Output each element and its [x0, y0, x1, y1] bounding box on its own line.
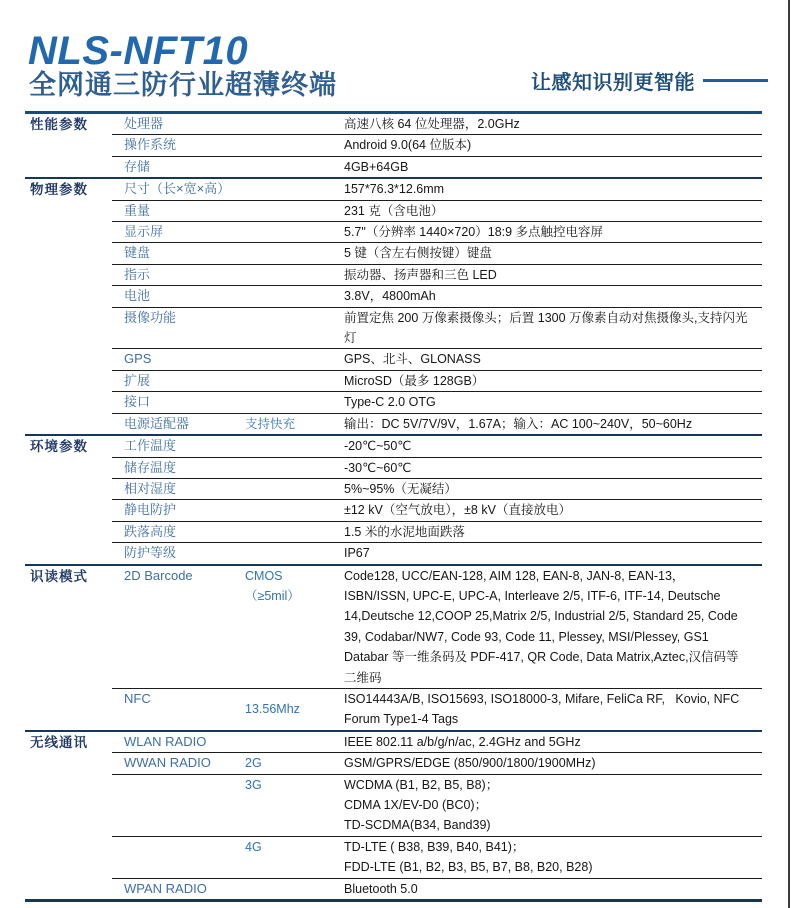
spec-table: 性能参数处理器高速八核 64 位处理器，2.0GHz操作系统Android 9.… — [25, 111, 762, 902]
row-sublabel: 3G — [245, 775, 344, 795]
row-label: 电池 — [112, 286, 245, 306]
row-value: 振动器、扬声器和三色 LED — [344, 265, 762, 285]
spec-row: NFC13.56MhzISO14443A/B, ISO15693, ISO180… — [112, 689, 762, 730]
row-value: 前置定焦 200 万像素摄像头；后置 1300 万像素自动对焦摄像头,支持闪光 … — [344, 308, 762, 349]
brand-tagline: 让感知识别更智能 — [531, 66, 768, 95]
row-label: 防护等级 — [112, 543, 245, 563]
row-label: 键盘 — [112, 243, 245, 263]
spec-row: 摄像功能前置定焦 200 万像素摄像头；后置 1300 万像素自动对焦摄像头,支… — [112, 308, 762, 350]
section-category-label: 识读模式 — [30, 567, 88, 587]
row-label: 静电防护 — [112, 500, 245, 520]
section-rows: 尺寸（长×宽×高）157*76.3*12.6mm重量231 克（含电池）显示屏5… — [112, 179, 762, 434]
row-sublabel: 2G — [245, 753, 344, 773]
spec-row: 2D BarcodeCMOS （≥5mil）Code128, UCC/EAN-1… — [112, 566, 762, 689]
row-label: 处理器 — [112, 114, 245, 134]
row-sublabel: 4G — [245, 837, 344, 857]
row-label: WPAN RADIO — [112, 879, 245, 899]
spec-section: 物理参数尺寸（长×宽×高）157*76.3*12.6mm重量231 克（含电池）… — [25, 177, 762, 434]
row-value: Type-C 2.0 OTG — [344, 392, 762, 412]
page-edge-line — [788, 0, 790, 908]
row-value: Code128, UCC/EAN-128, AIM 128, EAN-8, JA… — [344, 566, 762, 688]
row-value: -30℃~60℃ — [344, 458, 762, 478]
spec-row: 键盘5 键（含左右侧按键）键盘 — [112, 243, 762, 264]
section-rows: 处理器高速八核 64 位处理器，2.0GHz操作系统Android 9.0(64… — [112, 114, 762, 177]
row-value: 231 克（含电池） — [344, 201, 762, 221]
spec-row: 防护等级IP67 — [112, 543, 762, 563]
row-sublabel: CMOS （≥5mil） — [245, 566, 344, 607]
spec-row: 尺寸（长×宽×高）157*76.3*12.6mm — [112, 179, 762, 200]
spec-row: 静电防护±12 kV（空气放电），±8 kV（直接放电） — [112, 500, 762, 521]
row-sublabel: 支持快充 — [245, 414, 344, 434]
spec-row: 处理器高速八核 64 位处理器，2.0GHz — [112, 114, 762, 135]
row-sublabel: 13.56Mhz — [245, 699, 344, 719]
row-label: 工作温度 — [112, 436, 245, 456]
spec-row: GPSGPS、北斗、GLONASS — [112, 349, 762, 370]
row-value: Android 9.0(64 位版本) — [344, 135, 762, 155]
row-value: 3.8V，4800mAh — [344, 286, 762, 306]
spec-row: 电源适配器支持快充输出：DC 5V/7V/9V，1.67A；输入：AC 100~… — [112, 414, 762, 434]
row-value: ISO14443A/B, ISO15693, ISO18000-3, Mifar… — [344, 689, 762, 730]
brand-tagline-text: 让感知识别更智能 — [531, 66, 695, 95]
row-value: IEEE 802.11 a/b/g/n/ac, 2.4GHz and 5GHz — [344, 732, 762, 752]
row-value: TD-LTE ( B38, B39, B40, B41)； FDD-LTE (B… — [344, 837, 762, 878]
spec-row: 储存温度-30℃~60℃ — [112, 458, 762, 479]
row-value: GSM/GPRS/EDGE (850/900/1800/1900MHz) — [344, 753, 762, 773]
row-label: WLAN RADIO — [112, 732, 245, 752]
row-label: 2D Barcode — [112, 566, 245, 586]
row-value: 1.5 米的水泥地面跌落 — [344, 522, 762, 542]
row-value: 5.7"（分辨率 1440×720）18:9 多点触控电容屏 — [344, 222, 762, 242]
spec-row: WPAN RADIOBluetooth 5.0 — [112, 879, 762, 899]
row-value: 高速八核 64 位处理器，2.0GHz — [344, 114, 762, 134]
section-category-label: 无线通讯 — [30, 733, 88, 753]
row-label: 扩展 — [112, 371, 245, 391]
row-label: 操作系统 — [112, 135, 245, 155]
spec-row: 4GTD-LTE ( B38, B39, B40, B41)； FDD-LTE … — [112, 837, 762, 879]
spec-row: 3GWCDMA (B1, B2, B5, B8)； CDMA 1X/EV-D0 … — [112, 775, 762, 837]
row-label: 重量 — [112, 201, 245, 221]
spec-section: 无线通讯WLAN RADIOIEEE 802.11 a/b/g/n/ac, 2.… — [25, 730, 762, 899]
row-label: NFC — [112, 689, 245, 709]
product-title: NLS-NFT10 — [28, 31, 248, 71]
row-label: 跌落高度 — [112, 522, 245, 542]
spec-sheet-page: NLS-NFT10 全网通三防行业超薄终端 让感知识别更智能 性能参数处理器高速… — [0, 0, 791, 908]
row-value: 157*76.3*12.6mm — [344, 179, 762, 199]
spec-row: WWAN RADIO2GGSM/GPRS/EDGE (850/900/1800/… — [112, 753, 762, 774]
row-value: Bluetooth 5.0 — [344, 879, 762, 899]
spec-row: 电池3.8V，4800mAh — [112, 286, 762, 307]
row-value: IP67 — [344, 543, 762, 563]
row-label: 储存温度 — [112, 458, 245, 478]
row-label: 接口 — [112, 392, 245, 412]
row-value: -20℃~50℃ — [344, 436, 762, 456]
section-category-label: 环境参数 — [30, 437, 88, 457]
spec-row: 重量231 克（含电池） — [112, 201, 762, 222]
row-label: 相对湿度 — [112, 479, 245, 499]
tagline-rule — [703, 79, 768, 82]
row-value: GPS、北斗、GLONASS — [344, 349, 762, 369]
spec-section: 识读模式2D BarcodeCMOS （≥5mil）Code128, UCC/E… — [25, 564, 762, 730]
spec-row: 接口Type-C 2.0 OTG — [112, 392, 762, 413]
row-label: 电源适配器 — [112, 414, 245, 434]
spec-row: 扩展MicroSD（最多 128GB） — [112, 371, 762, 392]
product-subtitle: 全网通三防行业超薄终端 — [29, 71, 337, 101]
row-label: 指示 — [112, 265, 245, 285]
spec-row: 指示振动器、扬声器和三色 LED — [112, 265, 762, 286]
row-label: 显示屏 — [112, 222, 245, 242]
section-rows: 工作温度-20℃~50℃储存温度-30℃~60℃相对湿度5%~95%（无凝结）静… — [112, 436, 762, 563]
section-rows: WLAN RADIOIEEE 802.11 a/b/g/n/ac, 2.4GHz… — [112, 732, 762, 899]
spec-row: 显示屏5.7"（分辨率 1440×720）18:9 多点触控电容屏 — [112, 222, 762, 243]
row-value: 5%~95%（无凝结） — [344, 479, 762, 499]
row-label: 摄像功能 — [112, 308, 245, 328]
row-value: 输出：DC 5V/7V/9V，1.67A；输入：AC 100~240V，50~6… — [344, 414, 762, 434]
section-rows: 2D BarcodeCMOS （≥5mil）Code128, UCC/EAN-1… — [112, 566, 762, 730]
spec-row: 操作系统Android 9.0(64 位版本) — [112, 135, 762, 156]
spec-section: 性能参数处理器高速八核 64 位处理器，2.0GHz操作系统Android 9.… — [25, 114, 762, 177]
row-label: 存储 — [112, 157, 245, 177]
row-label: 尺寸（长×宽×高） — [112, 179, 245, 199]
section-category-label: 物理参数 — [30, 180, 88, 200]
row-value: 5 键（含左右侧按键）键盘 — [344, 243, 762, 263]
row-value: WCDMA (B1, B2, B5, B8)； CDMA 1X/EV-D0 (B… — [344, 775, 762, 836]
row-label: GPS — [112, 349, 245, 369]
row-label: WWAN RADIO — [112, 753, 245, 773]
spec-row: 相对湿度5%~95%（无凝结） — [112, 479, 762, 500]
row-value: ±12 kV（空气放电），±8 kV（直接放电） — [344, 500, 762, 520]
spec-row: 存储4GB+64GB — [112, 157, 762, 177]
spec-row: WLAN RADIOIEEE 802.11 a/b/g/n/ac, 2.4GHz… — [112, 732, 762, 753]
row-value: MicroSD（最多 128GB） — [344, 371, 762, 391]
spec-row: 跌落高度1.5 米的水泥地面跌落 — [112, 522, 762, 543]
spec-section: 环境参数工作温度-20℃~50℃储存温度-30℃~60℃相对湿度5%~95%（无… — [25, 434, 762, 563]
section-category-label: 性能参数 — [30, 115, 88, 135]
spec-row: 工作温度-20℃~50℃ — [112, 436, 762, 457]
row-value: 4GB+64GB — [344, 157, 762, 177]
